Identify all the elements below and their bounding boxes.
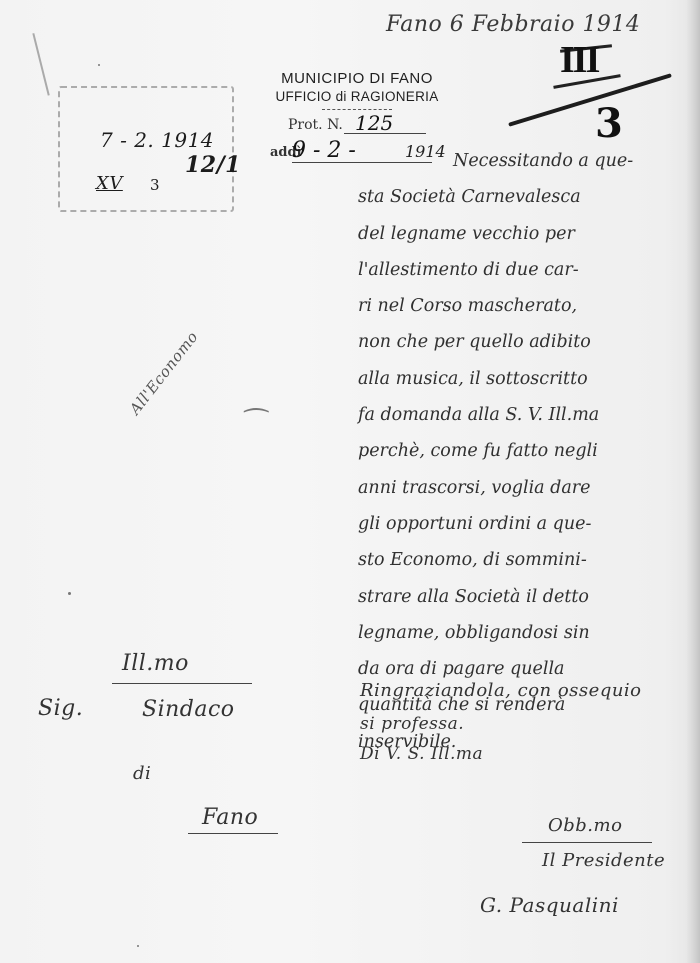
addressee-salutation: Sig. (38, 696, 83, 721)
letter-line: strare alla Società il detto (358, 579, 698, 615)
addi-date: 9 - 2 - (292, 138, 356, 163)
municipal-stamp: MUNICIPIO DI FANO UFFICIO di RAGIONERIA (262, 70, 452, 113)
letter-line: legname, obbligandosi sin (358, 615, 698, 651)
archive-folder-number: 3 (595, 100, 623, 147)
letter-line: del legname vecchio per (358, 216, 698, 252)
signature-title: Il Presidente (542, 850, 665, 871)
paper-speck (137, 945, 139, 947)
addressee-city: Fano (202, 805, 258, 830)
letter-line: fa domanda alla S. V. Ill.ma (358, 397, 698, 433)
protocol-number: 125 (355, 111, 393, 135)
letter-line: perchè, come fu fatto negli (358, 433, 698, 469)
paper-speck (98, 64, 100, 66)
receipt-date: 7 - 2. 1914 (100, 128, 214, 152)
addressee-role: Sindaco (142, 697, 235, 722)
marginal-hook-mark: ⁀ (245, 408, 268, 441)
closing-professes: si professa. (360, 714, 464, 734)
scanned-letter-page: Fano 6 Febbraio 1914 III 3 7 - 2. 1914 1… (0, 0, 700, 963)
receipt-category-number: 3 (150, 176, 160, 194)
paper-speck (68, 592, 71, 595)
stamp-municipality: MUNICIPIO DI FANO (262, 70, 452, 88)
letter-line: anni trascorsi, voglia dare (358, 470, 698, 506)
addressee-city-rule (188, 833, 278, 834)
letter-line: non che per quello adibito (358, 324, 698, 360)
letter-line: gli opportuni ordini a que- (358, 506, 698, 542)
stamp-office: UFFICIO di RAGIONERIA (262, 88, 452, 105)
receipt-category-roman: XV (96, 173, 123, 194)
addressee-preposition: di (133, 763, 151, 784)
letter-line: sta Società Carnevalesca (358, 179, 698, 215)
corner-fold-mark (32, 32, 52, 95)
archive-roman-numeral: III (560, 38, 598, 82)
letter-line: ri nel Corso mascherato, (358, 288, 698, 324)
letter-line: alla musica, il sottoscritto (358, 361, 698, 397)
addressee-honorific-rule (112, 683, 252, 684)
protocol-label: Prot. N. (288, 117, 343, 133)
letter-line: sto Economo, di sommini- (358, 542, 698, 578)
closing-thanks: Ringraziandola, con ossequio (360, 680, 642, 701)
place-date: Fano 6 Febbraio 1914 (386, 12, 640, 37)
signature-name: G. Pasqualini (480, 893, 619, 917)
closing-address: Di V. S. Ill.ma (360, 744, 483, 764)
signature-obbligo: Obb.mo (548, 815, 622, 836)
addressee-honorific: Ill.mo (122, 651, 189, 676)
letter-line: Necessitando a que- (358, 143, 698, 179)
letter-body: Necessitando a que- sta Società Carneval… (358, 143, 698, 760)
receipt-number: 12/1 (185, 152, 241, 178)
protocol-rule (344, 133, 426, 134)
marginal-note: All'Economo (126, 328, 202, 418)
letter-line: l'allestimento di due car- (358, 252, 698, 288)
signature-rule (522, 842, 652, 843)
